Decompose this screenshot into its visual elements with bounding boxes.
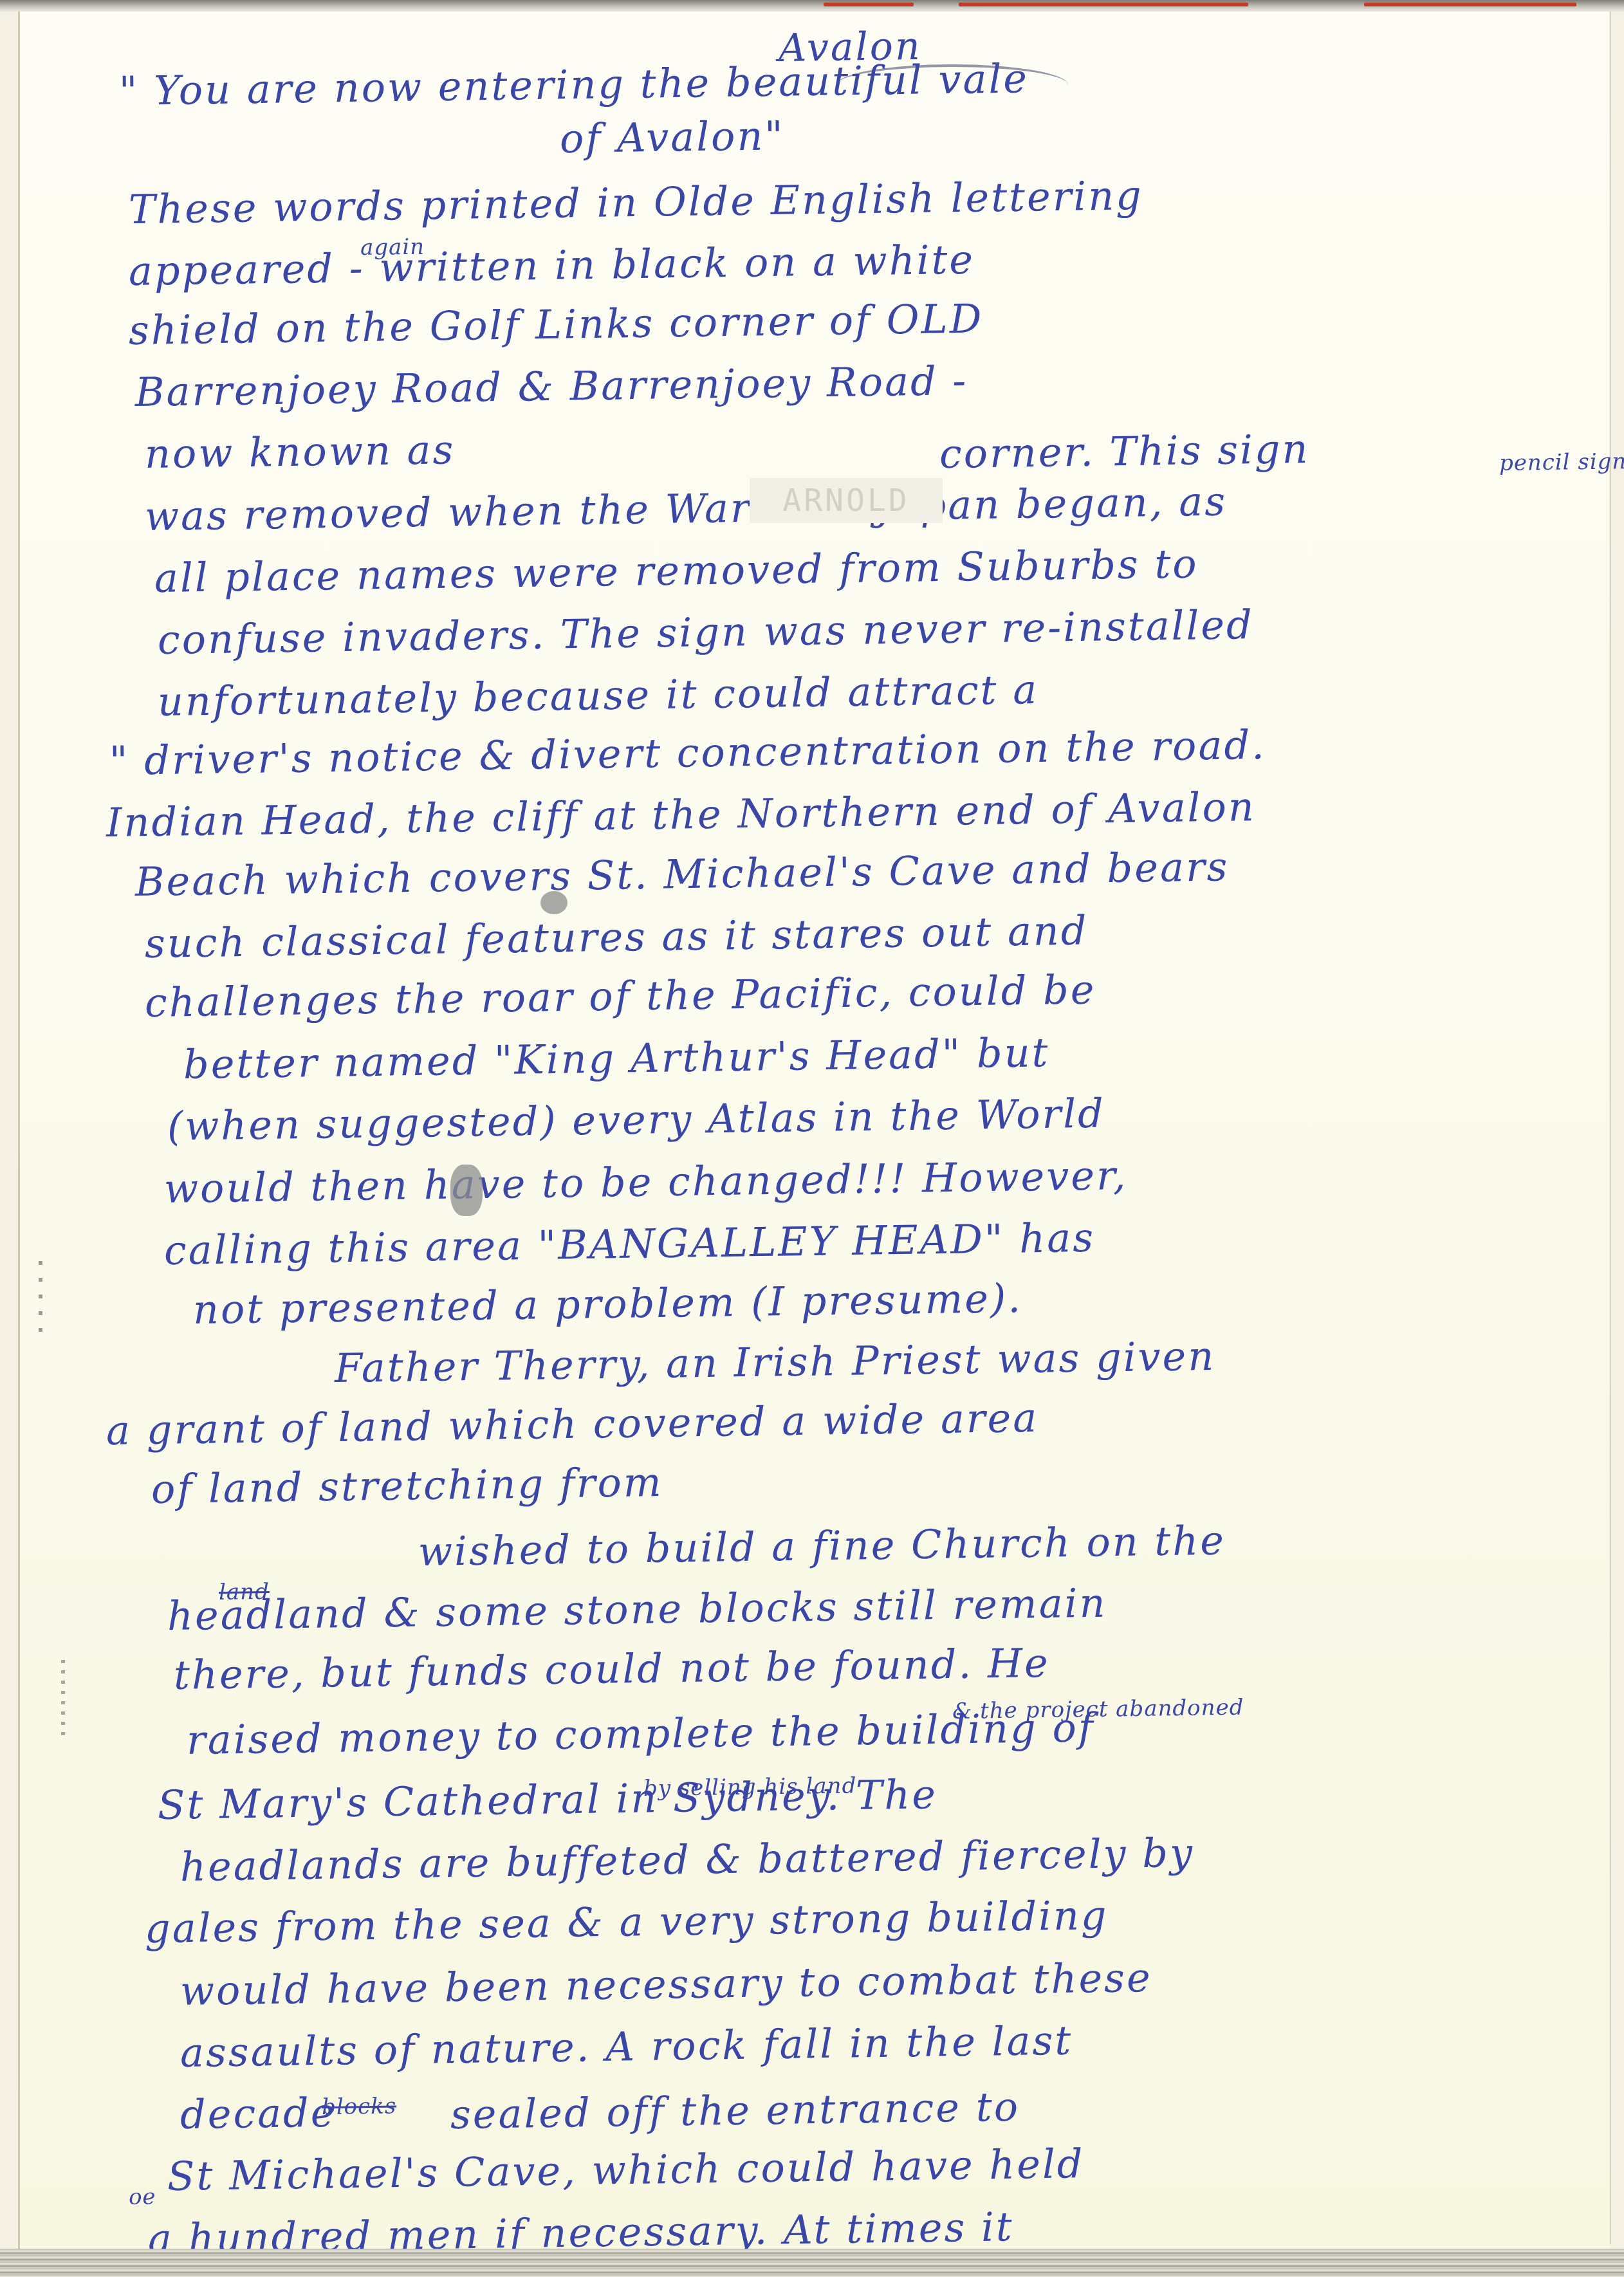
margin-annotation: pencil sign	[1499, 448, 1624, 476]
margin-annotation: oe	[129, 2184, 156, 2210]
red-mark	[959, 3, 1248, 6]
margin-marks	[39, 1261, 42, 1338]
handwritten-line: corner. This sign	[939, 425, 1309, 477]
page-fold-line	[1610, 12, 1611, 2244]
insertion-annotation: by selling his land	[643, 1773, 857, 1802]
insertion-annotation: & the project abandoned	[952, 1695, 1244, 1724]
margin-marks	[61, 1660, 65, 1737]
handwritten-line: now known as	[144, 426, 455, 477]
red-mark	[1364, 3, 1576, 6]
annotation-above: again	[360, 234, 425, 261]
ink-smudge	[450, 1165, 483, 1216]
page-bottom-edge	[0, 2249, 1624, 2277]
blurred-stamp: ARNOLD	[750, 478, 943, 523]
struck-word: land	[219, 1579, 270, 1605]
handwritten-line: decade	[180, 2089, 336, 2138]
ink-smudge	[540, 891, 567, 914]
handwritten-line: of Avalon"	[559, 112, 785, 162]
struck-word: blocks	[322, 2093, 397, 2120]
handwritten-line: sealed off the entrance to	[450, 2083, 1020, 2138]
red-mark	[824, 3, 914, 6]
handwritten-line: of land stretching from	[151, 1459, 663, 1513]
